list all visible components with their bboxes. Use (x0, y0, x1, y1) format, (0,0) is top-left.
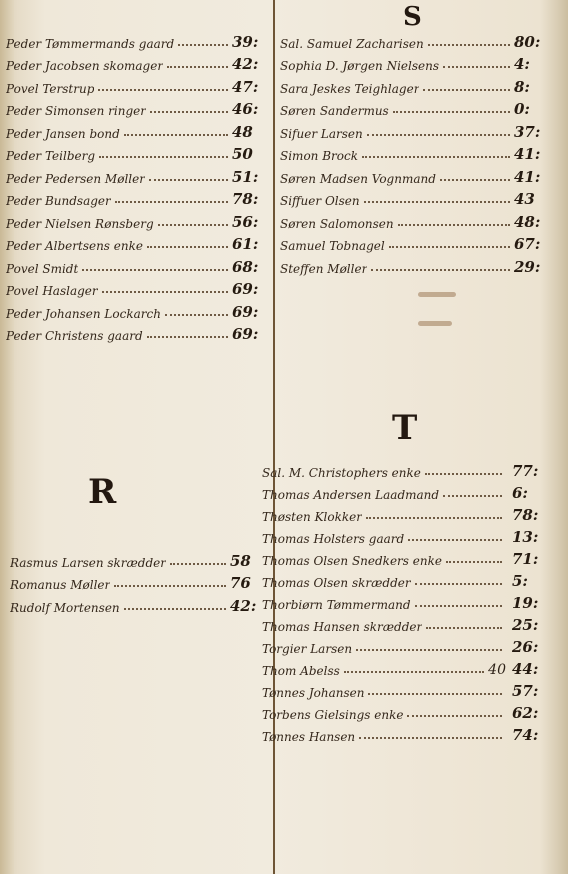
entry-name: Peder Simonsen ringer (6, 104, 146, 118)
entry-page: 0: (514, 100, 550, 118)
index-entry: Peder Johansen Lockarch69: (6, 298, 268, 321)
leader-dots (428, 44, 510, 46)
entry-page: 56: (232, 213, 268, 231)
leader-dots (425, 473, 502, 475)
index-entry: Peder Pedersen Møller51: (6, 163, 268, 186)
leader-dots (150, 111, 228, 113)
entry-page: 6: (512, 484, 548, 502)
entry-name: Søren Salomonsen (280, 217, 394, 231)
entry-page: 61: (232, 235, 268, 253)
entry-page: 76 (230, 574, 266, 592)
entry-page: 25: (512, 616, 548, 634)
index-entry: Thomas Holsters gaard13: (262, 524, 548, 546)
entry-page: 71: (512, 550, 548, 568)
index-entry: Samuel Tobnagel67: (280, 231, 550, 254)
entry-name: Povel Haslager (6, 284, 98, 298)
leader-dots (367, 134, 510, 136)
entry-name: Peder Johansen Lockarch (6, 307, 161, 321)
leader-dots (443, 66, 510, 68)
entry-page: 8: (514, 78, 550, 96)
entry-page: 51: (232, 168, 268, 186)
index-entry: Rasmus Larsen skrædder58 (10, 547, 266, 570)
entry-page: 68: (232, 258, 268, 276)
entry-name: Thomas Holsters gaard (262, 532, 404, 546)
entry-page: 47: (232, 78, 268, 96)
index-entry: Thomas Olsen skrædder5: (262, 568, 548, 590)
leader-dots (167, 66, 228, 68)
leader-dots (124, 608, 226, 610)
leader-dots (170, 563, 226, 565)
entry-name: Thorbiørn Tømmermand (262, 598, 411, 612)
s-section-list: Sal. Samuel Zacharisen80: Sophia D. Jørg… (280, 28, 550, 276)
entry-name: Sifuer Larsen (280, 127, 363, 141)
entry-name: Peder Jansen bond (6, 127, 120, 141)
leader-dots (446, 561, 502, 563)
leader-dots (165, 314, 228, 316)
entry-name: Samuel Tobnagel (280, 239, 385, 253)
entry-page: 41: (514, 145, 550, 163)
r-section-list: Rasmus Larsen skrædder58 Romanus Møller7… (10, 547, 266, 615)
index-entry: Sophia D. Jørgen Nielsens4: (280, 51, 550, 74)
entry-name: Sal. M. Christophers enke (262, 466, 421, 480)
leader-dots (115, 201, 228, 203)
entry-name: Sal. Samuel Zacharisen (280, 37, 424, 51)
index-entry: Søren Madsen Vognmand41: (280, 163, 550, 186)
manuscript-page: Peder Tømmermands gaard39: Peder Jacobse… (0, 0, 568, 874)
index-entry: Peder Simonsen ringer46: (6, 96, 268, 119)
index-entry: Thom Abelss4044: (262, 656, 548, 678)
entry-page: 44: (512, 660, 548, 678)
leader-dots (149, 179, 228, 181)
leader-dots (393, 111, 510, 113)
ink-smudge (418, 292, 456, 297)
entry-name: Rudolf Mortensen (10, 601, 120, 615)
index-entry: Thorbiørn Tømmermand19: (262, 590, 548, 612)
entry-page: 5: (512, 572, 548, 590)
entry-name: Thomas Hansen skrædder (262, 620, 422, 634)
index-entry: Sara Jeskes Teighlager8: (280, 73, 550, 96)
index-entry: Torbens Gielsings enke62: (262, 700, 548, 722)
leader-dots (158, 224, 228, 226)
entry-name: Peder Pedersen Møller (6, 172, 145, 186)
index-entry: Peder Tømmermands gaard39: (6, 28, 268, 51)
ink-smudge (418, 321, 452, 326)
index-entry: Thomas Olsen Snedkers enke71: (262, 546, 548, 568)
entry-page: 48: (514, 213, 550, 231)
entry-page: 48 (232, 123, 268, 141)
leader-dots (366, 517, 502, 519)
index-entry: Torgier Larsen26: (262, 634, 548, 656)
leader-dots (362, 156, 510, 158)
entry-page: 37: (514, 123, 550, 141)
entry-page: 41: (514, 168, 550, 186)
section-letter-t: T (392, 408, 417, 448)
index-entry: Peder Nielsen Rønsberg56: (6, 208, 268, 231)
leader-dots (398, 224, 510, 226)
index-entry: Sifuer Larsen37: (280, 118, 550, 141)
index-entry: Povel Haslager69: (6, 276, 268, 299)
index-entry: Rudolf Mortensen42: (10, 592, 266, 615)
entry-page: 69: (232, 280, 268, 298)
entry-name: Peder Teilberg (6, 149, 95, 163)
entry-name: Tønnes Johansen (262, 686, 364, 700)
entry-name: Peder Tømmermands gaard (6, 37, 174, 51)
leader-dots (426, 627, 502, 629)
leader-dots (102, 291, 228, 293)
leader-dots (423, 89, 510, 91)
index-entry: Povel Terstrup47: (6, 73, 268, 96)
entry-page: 58 (230, 552, 266, 570)
leader-dots (415, 605, 502, 607)
leader-dots (356, 649, 502, 651)
entry-name: Torbens Gielsings enke (262, 708, 403, 722)
index-entry: Sal. M. Christophers enke77: (262, 458, 548, 480)
entry-page: 29: (514, 258, 550, 276)
index-entry: Peder Bundsager78: (6, 186, 268, 209)
entry-page: 78: (232, 190, 268, 208)
entry-page: 46: (232, 100, 268, 118)
entry-extra-page: 40 (488, 662, 506, 678)
index-entry: Siffuer Olsen43 (280, 186, 550, 209)
entry-name: Peder Bundsager (6, 194, 111, 208)
entry-page: 74: (512, 726, 548, 744)
entry-name: Sara Jeskes Teighlager (280, 82, 419, 96)
entry-name: Steffen Møller (280, 262, 367, 276)
entry-name: Thom Abelss (262, 664, 340, 678)
entry-name: Peder Christens gaard (6, 329, 143, 343)
entry-page: 26: (512, 638, 548, 656)
entry-page: 69: (232, 325, 268, 343)
entry-name: Simon Brock (280, 149, 358, 163)
index-entry: Povel Smidt68: (6, 253, 268, 276)
leader-dots (364, 201, 510, 203)
index-entry: Søren Salomonsen48: (280, 208, 550, 231)
leader-dots (124, 134, 228, 136)
entry-page: 13: (512, 528, 548, 546)
entry-page: 80: (514, 33, 550, 51)
entry-name: Siffuer Olsen (280, 194, 360, 208)
entry-page: 69: (232, 303, 268, 321)
entry-name: Sophia D. Jørgen Nielsens (280, 59, 439, 73)
entry-page: 78: (512, 506, 548, 524)
entry-name: Søren Madsen Vognmand (280, 172, 436, 186)
leader-dots (99, 156, 228, 158)
index-entry: Peder Albertsens enke61: (6, 231, 268, 254)
entry-page: 42: (232, 55, 268, 73)
leader-dots (98, 89, 228, 91)
leader-dots (344, 671, 484, 673)
leader-dots (371, 269, 510, 271)
entry-page: 50 (232, 145, 268, 163)
leader-dots (443, 495, 502, 497)
leader-dots (147, 246, 228, 248)
index-entry: Thomas Hansen skrædder25: (262, 612, 548, 634)
entry-page: 62: (512, 704, 548, 722)
leader-dots (408, 539, 502, 541)
left-column-list: Peder Tømmermands gaard39: Peder Jacobse… (6, 28, 268, 343)
leader-dots (389, 246, 510, 248)
index-entry: Thøsten Klokker78: (262, 502, 548, 524)
index-entry: Tønnes Hansen74: (262, 722, 548, 744)
index-entry: Simon Brock41: (280, 141, 550, 164)
entry-page: 57: (512, 682, 548, 700)
index-entry: Peder Christens gaard69: (6, 321, 268, 344)
leader-dots (147, 336, 228, 338)
index-entry: Peder Jansen bond48 (6, 118, 268, 141)
index-entry: Steffen Møller29: (280, 253, 550, 276)
entry-name: Tønnes Hansen (262, 730, 355, 744)
entry-name: Thomas Andersen Laadmand (262, 488, 439, 502)
index-entry: Peder Teilberg50 (6, 141, 268, 164)
entry-name: Peder Jacobsen skomager (6, 59, 163, 73)
entry-name: Povel Terstrup (6, 82, 94, 96)
entry-page: 19: (512, 594, 548, 612)
leader-dots (82, 269, 228, 271)
section-letter-r: R (88, 472, 116, 512)
entry-name: Torgier Larsen (262, 642, 352, 656)
entry-name: Thøsten Klokker (262, 510, 362, 524)
index-entry: Sal. Samuel Zacharisen80: (280, 28, 550, 51)
entry-page: 4: (514, 55, 550, 73)
entry-name: Peder Albertsens enke (6, 239, 143, 253)
leader-dots (368, 693, 502, 695)
leader-dots (114, 585, 226, 587)
leader-dots (440, 179, 510, 181)
index-entry: Thomas Andersen Laadmand6: (262, 480, 548, 502)
index-entry: Søren Sandermus0: (280, 96, 550, 119)
entry-name: Povel Smidt (6, 262, 78, 276)
entry-page: 67: (514, 235, 550, 253)
entry-page: 43 (514, 190, 550, 208)
entry-name: Rasmus Larsen skrædder (10, 556, 166, 570)
leader-dots (415, 583, 502, 585)
leader-dots (407, 715, 502, 717)
entry-page: 42: (230, 597, 266, 615)
entry-name: Thomas Olsen skrædder (262, 576, 411, 590)
index-entry: Tønnes Johansen57: (262, 678, 548, 700)
entry-page: 77: (512, 462, 548, 480)
index-entry: Peder Jacobsen skomager42: (6, 51, 268, 74)
entry-name: Søren Sandermus (280, 104, 389, 118)
entry-page: 39: (232, 33, 268, 51)
leader-dots (178, 44, 228, 46)
t-section-list: Sal. M. Christophers enke77: Thomas Ande… (262, 458, 548, 744)
entry-name: Thomas Olsen Snedkers enke (262, 554, 442, 568)
leader-dots (359, 737, 502, 739)
entry-name: Romanus Møller (10, 578, 110, 592)
index-entry: Romanus Møller76 (10, 570, 266, 593)
entry-name: Peder Nielsen Rønsberg (6, 217, 154, 231)
